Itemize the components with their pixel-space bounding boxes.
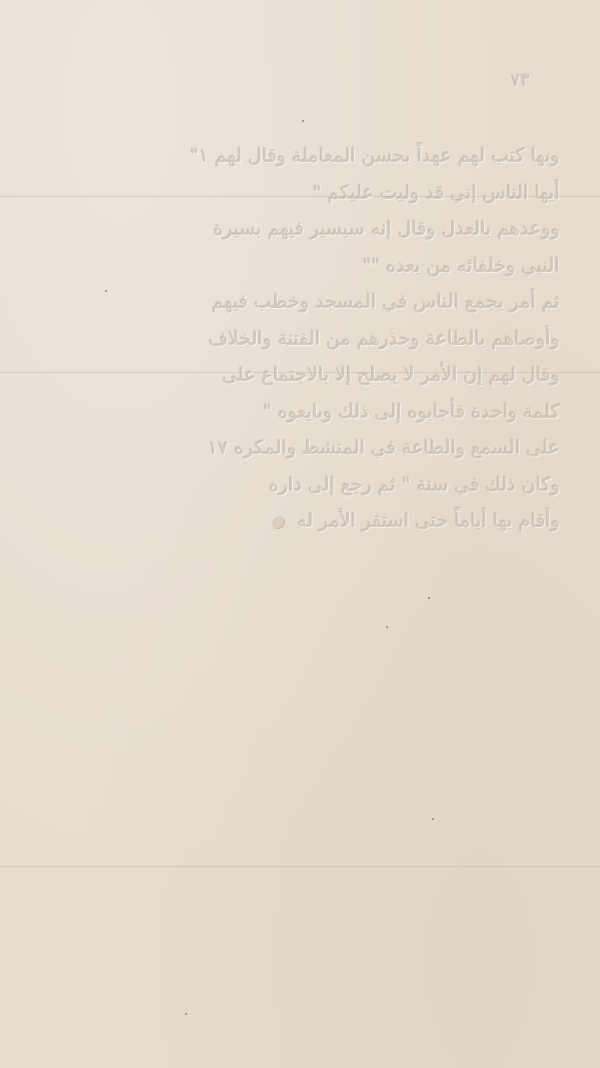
text-line: وكان ذلك في سنة " ثم رجع إلى داره — [30, 467, 560, 504]
paper-speck — [428, 597, 430, 599]
text-line: وأوصاهم بالطاعة وحذرهم من الفتنة والخلاف — [30, 321, 560, 358]
scanned-page: ٧٣ وبها كتب لهم عهداً بحسن المعاملة وقال… — [0, 0, 600, 1068]
text-line: وأقام بها أياماً حتى استقر الأمر له — [30, 503, 560, 540]
paper-speck — [302, 120, 304, 122]
text-line: كلمة واحدة فأجابوه إلى ذلك وبايعوه " — [30, 394, 560, 431]
paper-speck — [386, 626, 388, 628]
footnote-rule — [0, 866, 600, 867]
paper-speck — [185, 1013, 187, 1015]
text-line: على السمع والطاعة في المنشط والمكره ١٧ — [30, 430, 560, 467]
text-line: ووعدهم بالعدل وقال إنه سيسير فيهم بسيرة — [30, 211, 560, 248]
text-line: ثم أمر بجمع الناس في المسجد وخطب فيهم — [30, 284, 560, 321]
text-line: وقال لهم إن الأمر لا يصلح إلا بالاجتماع … — [30, 357, 560, 394]
paper-speck — [105, 290, 107, 292]
body-text: وبها كتب لهم عهداً بحسن المعاملة وقال له… — [30, 138, 560, 540]
text-line: النبي وخلفائه من بعده "" — [30, 248, 560, 285]
text-line: أيها الناس إني قد وليت عليكم " — [30, 175, 560, 212]
text-line: وبها كتب لهم عهداً بحسن المعاملة وقال له… — [30, 138, 560, 175]
page-number: ٧٣ — [511, 70, 530, 91]
text-line-content: وأقام بها أياماً حتى استقر الأمر له — [297, 510, 560, 532]
circle-mark-icon — [271, 515, 285, 529]
paper-speck — [432, 818, 434, 820]
